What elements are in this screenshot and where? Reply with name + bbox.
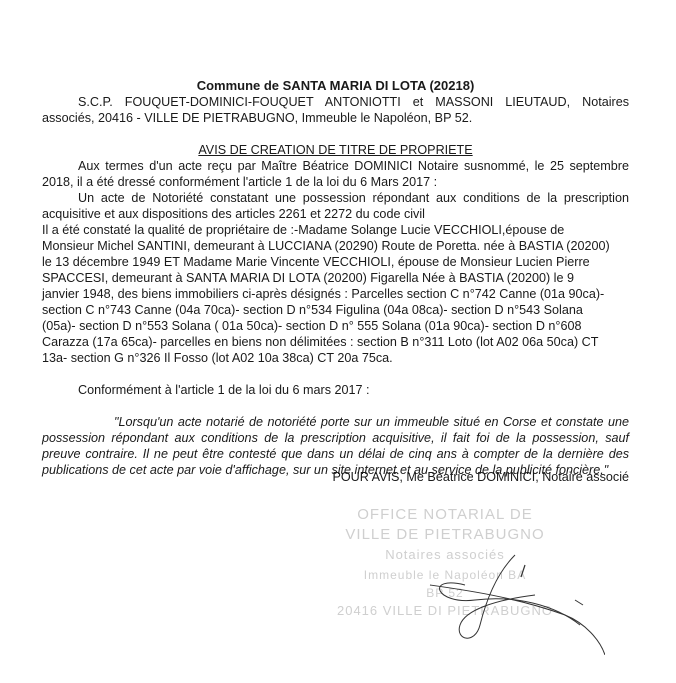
- body-line: (05a)- section D n°553 Solana ( 01a 50ca…: [42, 318, 629, 334]
- firm-line: S.C.P. FOUQUET-DOMINICI-FOUQUET ANTONIOT…: [42, 94, 629, 110]
- handwritten-signature-icon: [405, 545, 605, 655]
- notice-para1: Aux termes d'un acte reçu par Maître Béa…: [42, 158, 629, 190]
- stamp-line: OFFICE NOTARIAL DE: [310, 505, 580, 525]
- document-page: Commune de SANTA MARIA DI LOTA (20218) S…: [42, 78, 629, 478]
- conformity-line: Conformément à l'article 1 de la loi du …: [42, 382, 629, 398]
- firm-name: S.C.P. FOUQUET-DOMINICI-FOUQUET ANTONIOT…: [78, 95, 629, 109]
- body-line: le 13 décembre 1949 ET Madame Marie Vinc…: [42, 254, 629, 270]
- law-quote: "Lorsqu'un acte notarié de notoriété por…: [42, 414, 629, 478]
- body-line: section C n°743 Canne (04a 70ca)- sectio…: [42, 302, 629, 318]
- body-line: Monsieur Michel SANTINI, demeurant à LUC…: [42, 238, 629, 254]
- body-line: Il a été constaté la qualité de propriét…: [42, 222, 629, 238]
- body-line: Carazza (17a 65ca)- parcelles en biens n…: [42, 334, 629, 350]
- body-line: janvier 1948, des biens immobiliers ci-a…: [42, 286, 629, 302]
- stamp-line: VILLE DE PIETRABUGNO: [310, 525, 580, 545]
- body-line: 13a- section G n°326 Il Fosso (lot A02 1…: [42, 350, 629, 366]
- commune-title: Commune de SANTA MARIA DI LOTA (20218): [42, 78, 629, 94]
- notice-para2: Un acte de Notoriété constatant une poss…: [42, 190, 629, 222]
- notice-body: Il a été constaté la qualité de propriét…: [42, 222, 629, 366]
- firm-address: associés, 20416 - VILLE DE PIETRABUGNO, …: [42, 110, 629, 126]
- notice-heading: AVIS DE CREATION DE TITRE DE PROPRIETE: [42, 142, 629, 158]
- signature-line: POUR AVIS, Me Béatrice DOMINICI, Notaire…: [290, 470, 629, 484]
- body-line: SPACCESI, demeurant à SANTA MARIA DI LOT…: [42, 270, 629, 286]
